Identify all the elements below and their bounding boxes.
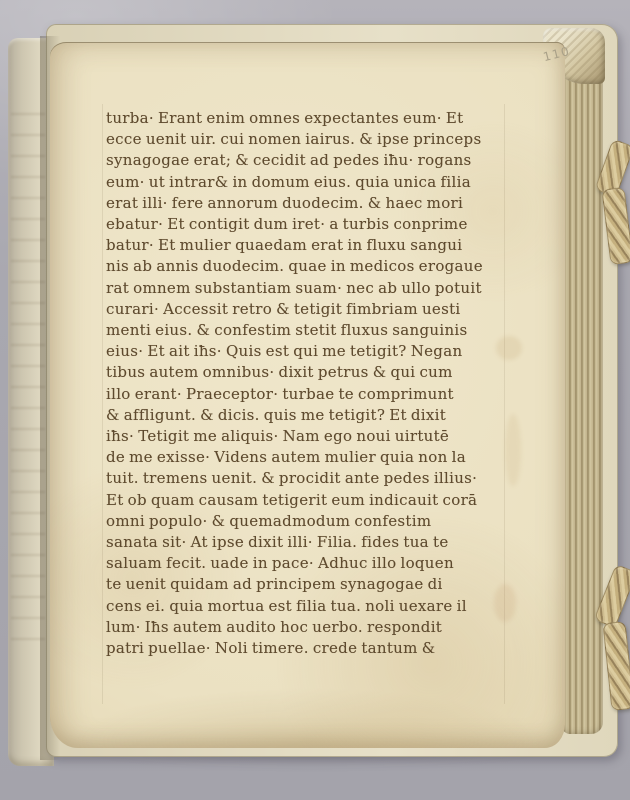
manuscript-line: illo erant· Praeceptor· turbae te compri…: [106, 384, 520, 405]
text-block: turba· Erant enim omnes expectantes eum·…: [106, 108, 520, 659]
manuscript-line: lum· Iħs autem audito hoc uerbo. respond…: [106, 617, 520, 638]
manuscript-line: eius· Et ait iħs· Quis est qui me tetigi…: [106, 341, 520, 362]
manuscript-line: tibus autem omnibus· dixit petrus & qui …: [106, 362, 520, 383]
manuscript-line: ecce uenit uir. cui nomen iairus. & ipse…: [106, 129, 520, 150]
manuscript-line: iħs· Tetigit me aliquis· Nam ego noui ui…: [106, 426, 520, 447]
manuscript-line: patri puellae· Noli timere. crede tantum…: [106, 638, 520, 659]
manuscript-line: te uenit quidam ad principem synagogae d…: [106, 574, 520, 595]
manuscript-line: sanata sit· At ipse dixit illi· Filia. f…: [106, 532, 520, 553]
manuscript-line: batur· Et mulier quaedam erat in fluxu s…: [106, 235, 520, 256]
manuscript-line: & affligunt. & dicis. quis me tetigit? E…: [106, 405, 520, 426]
manuscript-line: synagogae erat; & cecidit ad pedes iħu· …: [106, 150, 520, 171]
manuscript-line: eum· ut intrar& in domum eius. quia unic…: [106, 172, 520, 193]
manuscript-photo: 110 turba· Erant enim omnes expectantes …: [0, 0, 630, 800]
manuscript-line: omni populo· & quemadmodum confestim: [106, 511, 520, 532]
manuscript-line: cens ei. quia mortua est filia tua. noli…: [106, 596, 520, 617]
manuscript-page: 110 turba· Erant enim omnes expectantes …: [50, 42, 565, 748]
manuscript-line: curari· Accessit retro & tetigit fimbria…: [106, 299, 520, 320]
manuscript-line: turba· Erant enim omnes expectantes eum·…: [106, 108, 520, 129]
fore-edge-pages: [562, 32, 603, 734]
manuscript-line: nis ab annis duodecim. quae in medicos e…: [106, 256, 520, 277]
manuscript-line: rat omnem substantiam suam· nec ab ullo …: [106, 278, 520, 299]
manuscript-line: Et ob quam causam tetigerit eum indicaui…: [106, 490, 520, 511]
manuscript-line: saluam fecit. uade in pace· Adhuc illo l…: [106, 553, 520, 574]
manuscript-line: erat illi· fere annorum duodecim. & haec…: [106, 193, 520, 214]
manuscript-line: tuit. tremens uenit. & procidit ante ped…: [106, 468, 520, 489]
manuscript-line: ebatur· Et contigit dum iret· a turbis c…: [106, 214, 520, 235]
manuscript-line: menti eius. & confestim stetit fluxus sa…: [106, 320, 520, 341]
manuscript-line: de me exisse· Videns autem mulier quia n…: [106, 447, 520, 468]
ruling-line-left: [102, 104, 103, 704]
